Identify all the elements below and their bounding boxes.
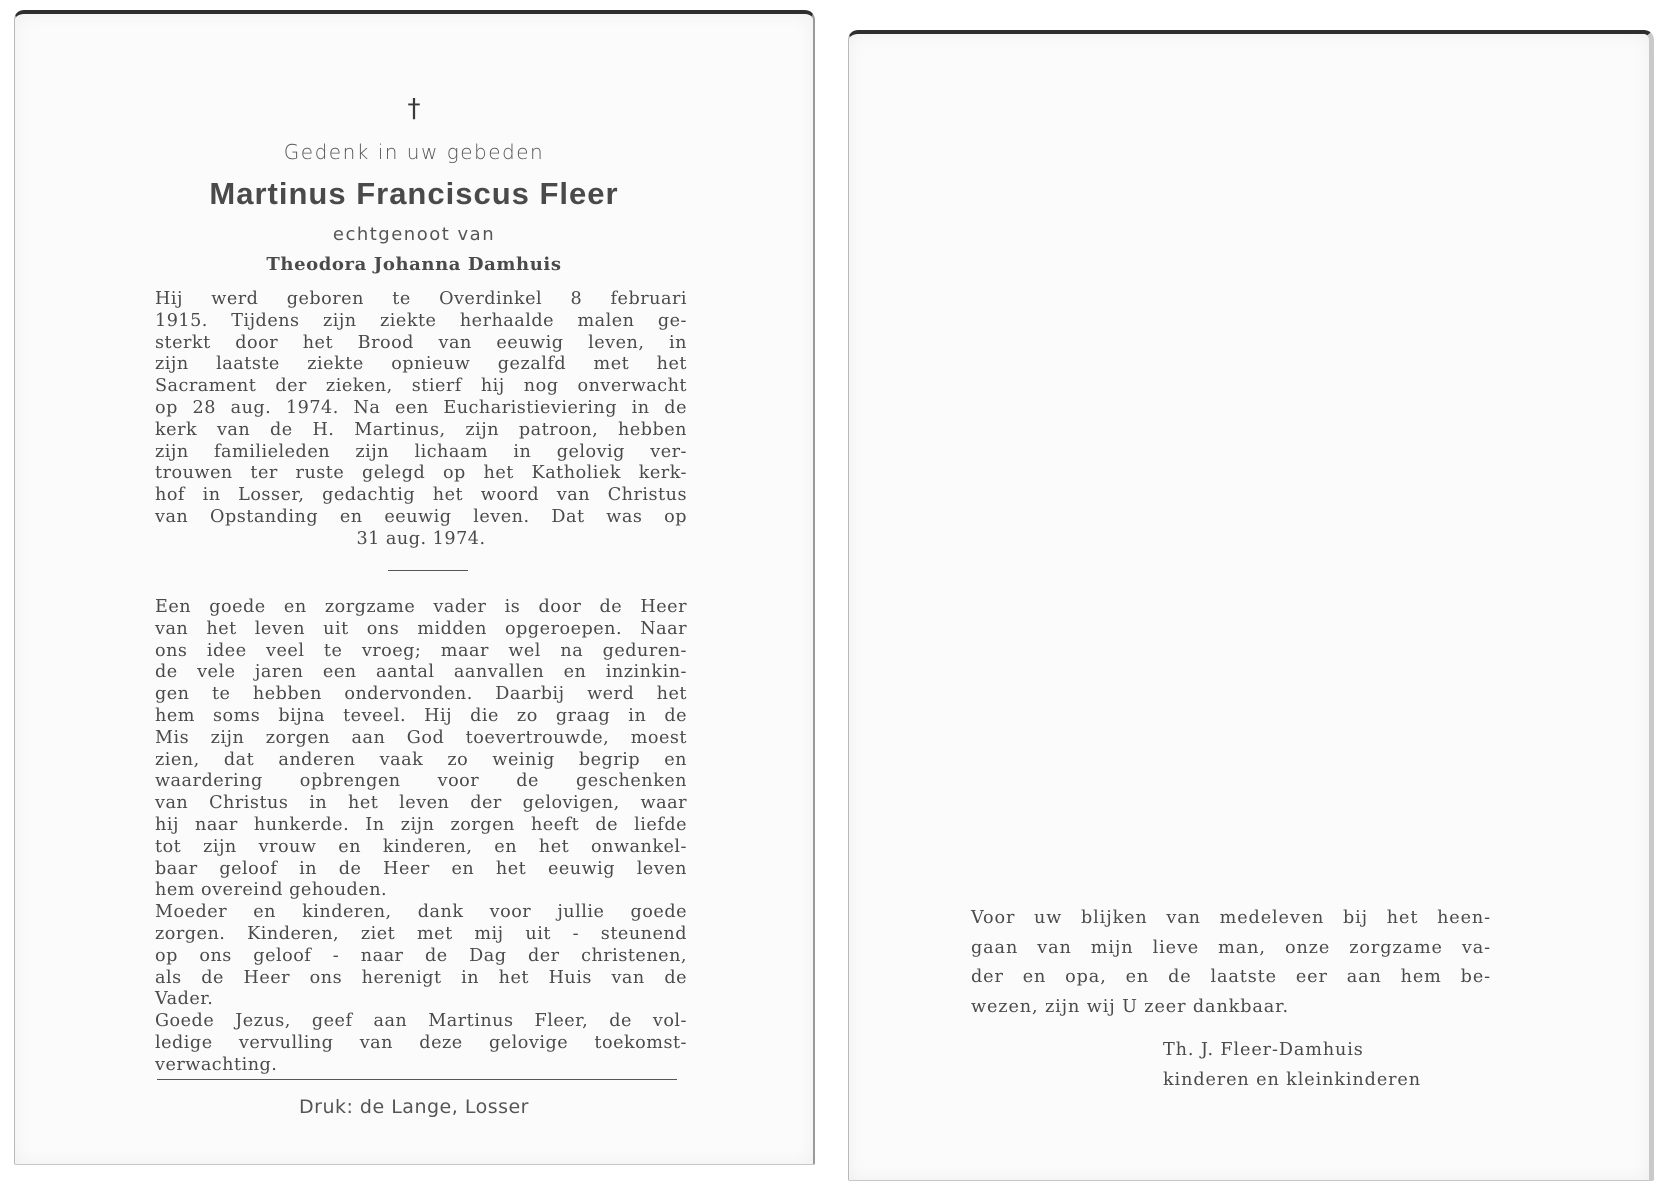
text-line: kerk van de H. Martinus, zijn patroon, h…: [155, 420, 687, 442]
text-line: hem soms bijna teveel. Hij die zo graag …: [155, 706, 687, 728]
signature-name: Th. J. Fleer-Damhuis: [1163, 1036, 1421, 1066]
short-divider: [388, 570, 468, 571]
text-line: gaan van mijn lieve man, onze zorgzame v…: [971, 934, 1491, 964]
text-line: zijn laatste ziekte opnieuw gezalfd met …: [155, 354, 687, 376]
text-line: verwachting.: [155, 1055, 687, 1077]
signature-block: Th. J. Fleer-Damhuis kinderen en kleinki…: [1163, 1036, 1421, 1095]
text-line: Goede Jezus, geef aan Martinus Fleer, de…: [155, 1011, 687, 1033]
text-line: op 28 aug. 1974. Na een Eucharistievieri…: [155, 398, 687, 420]
tribute-paragraph: Een goede en zorgzame vader is door de H…: [155, 597, 687, 1077]
text-line: 1915. Tijdens zijn ziekte herhaalde male…: [155, 311, 687, 333]
text-line: van Opstanding en eeuwig leven. Dat was …: [155, 507, 687, 529]
text-line: Voor uw blijken van medeleven bij het he…: [971, 904, 1491, 934]
text-line: Vader.: [155, 989, 687, 1011]
text-line: der en opa, en de laatste eer aan hem be…: [971, 963, 1491, 993]
long-divider: [157, 1079, 677, 1080]
signature-family: kinderen en kleinkinderen: [1163, 1066, 1421, 1096]
biography-paragraph: Hij werd geboren te Overdinkel 8 februar…: [155, 289, 687, 551]
spouse-label: echtgenoot van: [15, 224, 813, 245]
text-line: ledige vervulling van deze gelovige toek…: [155, 1033, 687, 1055]
text-line: baar geloof in de Heer en het eeuwig lev…: [155, 859, 687, 881]
text-line: Hij werd geboren te Overdinkel 8 februar…: [155, 289, 687, 311]
text-line: van Christus in het leven der gelovigen,…: [155, 793, 687, 815]
intro-text: Gedenk in uw gebeden: [15, 140, 813, 164]
text-line: als de Heer ons herenigt in het Huis van…: [155, 968, 687, 990]
text-line: van het leven uit ons midden opgeroepen.…: [155, 619, 687, 641]
text-line: hof in Losser, gedachtig het woord van C…: [155, 485, 687, 507]
spouse-name: Theodora Johanna Damhuis: [15, 254, 813, 275]
text-line: tot zijn vrouw en kinderen, en het onwan…: [155, 837, 687, 859]
text-line: Sacrament der zieken, stierf hij nog onv…: [155, 376, 687, 398]
deceased-name: Martinus Franciscus Fleer: [15, 176, 813, 212]
text-line: zijn familieleden zijn lichaam in gelovi…: [155, 442, 687, 464]
memorial-card-back: Voor uw blijken van medeleven bij het he…: [848, 30, 1654, 1181]
text-line: Een goede en zorgzame vader is door de H…: [155, 597, 687, 619]
text-line: ons idee veel te vroeg; maar wel na gedu…: [155, 641, 687, 663]
text-line: trouwen ter ruste gelegd op het Katholie…: [155, 463, 687, 485]
thanks-paragraph: Voor uw blijken van medeleven bij het he…: [971, 904, 1491, 1022]
text-line: wezen, zijn wij U zeer dankbaar.: [971, 993, 1491, 1023]
memorial-card-front: † Gedenk in uw gebeden Martinus Francisc…: [14, 10, 815, 1165]
text-line: de vele jaren een aantal aanvallen en in…: [155, 662, 687, 684]
text-line: sterkt door het Brood van eeuwig leven, …: [155, 333, 687, 355]
text-line: waardering opbrengen voor de geschenken: [155, 771, 687, 793]
text-line: op ons geloof - naar de Dag der christen…: [155, 946, 687, 968]
text-line: Moeder en kinderen, dank voor jullie goe…: [155, 902, 687, 924]
text-line: zorgen. Kinderen, ziet met mij uit - ste…: [155, 924, 687, 946]
text-line: hem overeind gehouden.: [155, 880, 687, 902]
text-line: zien, dat anderen vaak zo weinig begrip …: [155, 750, 687, 772]
cross-icon: †: [15, 94, 813, 124]
printer-credit: Druk: de Lange, Losser: [15, 1096, 813, 1118]
text-line: 31 aug. 1974.: [155, 529, 687, 551]
text-line: gen te hebben ondervonden. Daarbij werd …: [155, 684, 687, 706]
text-line: Mis zijn zorgen aan God toevertrouwde, m…: [155, 728, 687, 750]
text-line: hij naar hunkerde. In zijn zorgen heeft …: [155, 815, 687, 837]
